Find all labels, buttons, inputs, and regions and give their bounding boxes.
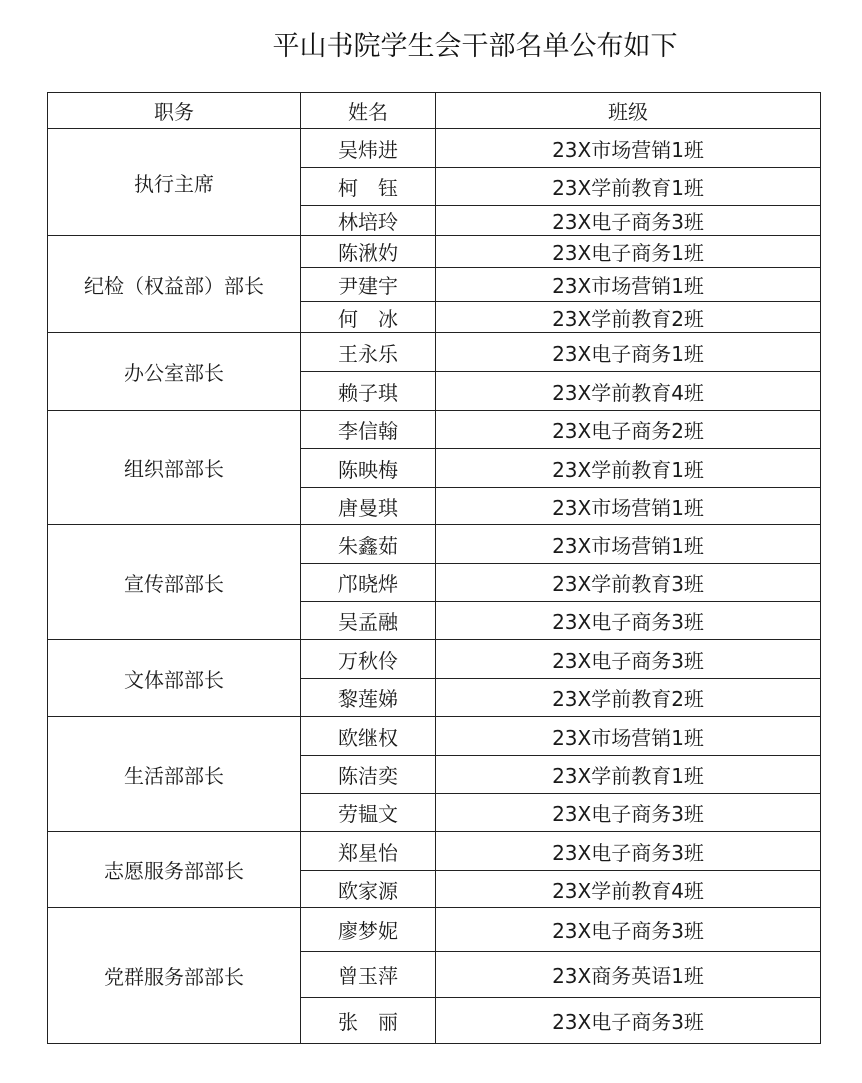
name-cell: 邝晓烨 <box>301 564 436 602</box>
class-cell: 23X电子商务3班 <box>436 908 821 952</box>
class-cell: 23X学前教育2班 <box>436 302 821 333</box>
page-title: 平山书院学生会干部名单公布如下 <box>0 24 862 63</box>
class-cell: 23X电子商务3班 <box>436 998 821 1044</box>
header-role: 职务 <box>48 93 301 129</box>
role-cell: 生活部部长 <box>48 717 301 832</box>
role-cell: 纪检（权益部）部长 <box>48 236 301 333</box>
class-cell: 23X电子商务3班 <box>436 602 821 640</box>
class-cell: 23X学前教育2班 <box>436 679 821 717</box>
table-row: 生活部部长欧继权23X市场营销1班 <box>48 717 821 756</box>
table-row: 志愿服务部部长郑星怡23X电子商务3班 <box>48 832 821 871</box>
name-cell: 劳韫文 <box>301 794 436 832</box>
table-row: 宣传部部长朱鑫茹23X市场营销1班 <box>48 525 821 564</box>
name-cell: 朱鑫茹 <box>301 525 436 564</box>
header-name: 姓名 <box>301 93 436 129</box>
role-cell: 办公室部长 <box>48 333 301 411</box>
table-row: 纪检（权益部）部长陈湫妁23X电子商务1班 <box>48 236 821 268</box>
name-cell: 陈映梅 <box>301 449 436 488</box>
class-cell: 23X商务英语1班 <box>436 952 821 998</box>
role-cell: 志愿服务部部长 <box>48 832 301 908</box>
name-cell: 唐曼琪 <box>301 488 436 525</box>
class-cell: 23X电子商务1班 <box>436 236 821 268</box>
name-cell: 吴炜进 <box>301 129 436 168</box>
class-cell: 23X电子商务3班 <box>436 640 821 679</box>
class-cell: 23X学前教育4班 <box>436 372 821 411</box>
table-header-row: 职务 姓名 班级 <box>48 93 821 129</box>
class-cell: 23X电子商务3班 <box>436 206 821 236</box>
class-cell: 23X市场营销1班 <box>436 268 821 302</box>
class-cell: 23X市场营销1班 <box>436 488 821 525</box>
class-cell: 23X市场营销1班 <box>436 717 821 756</box>
role-cell: 执行主席 <box>48 129 301 236</box>
role-cell: 党群服务部部长 <box>48 908 301 1044</box>
table-row: 党群服务部部长廖梦妮23X电子商务3班 <box>48 908 821 952</box>
name-cell: 廖梦妮 <box>301 908 436 952</box>
name-cell: 陈洁奕 <box>301 756 436 794</box>
class-cell: 23X市场营销1班 <box>436 129 821 168</box>
name-cell: 柯 钰 <box>301 168 436 206</box>
role-cell: 文体部部长 <box>48 640 301 717</box>
table-body: 执行主席吴炜进23X市场营销1班柯 钰23X学前教育1班林培玲23X电子商务3班… <box>48 129 821 1044</box>
table-row: 文体部部长万秋伶23X电子商务3班 <box>48 640 821 679</box>
name-cell: 李信翰 <box>301 411 436 449</box>
name-cell: 张 丽 <box>301 998 436 1044</box>
name-cell: 尹建宇 <box>301 268 436 302</box>
class-cell: 23X市场营销1班 <box>436 525 821 564</box>
roster-table: 职务 姓名 班级 执行主席吴炜进23X市场营销1班柯 钰23X学前教育1班林培玲… <box>47 92 821 1044</box>
name-cell: 黎莲娣 <box>301 679 436 717</box>
name-cell: 曾玉萍 <box>301 952 436 998</box>
class-cell: 23X学前教育3班 <box>436 564 821 602</box>
name-cell: 郑星怡 <box>301 832 436 871</box>
role-cell: 组织部部长 <box>48 411 301 525</box>
name-cell: 何 冰 <box>301 302 436 333</box>
name-cell: 林培玲 <box>301 206 436 236</box>
class-cell: 23X学前教育4班 <box>436 871 821 908</box>
name-cell: 吴孟融 <box>301 602 436 640</box>
class-cell: 23X电子商务3班 <box>436 832 821 871</box>
class-cell: 23X学前教育1班 <box>436 756 821 794</box>
table-row: 执行主席吴炜进23X市场营销1班 <box>48 129 821 168</box>
header-class: 班级 <box>436 93 821 129</box>
name-cell: 万秋伶 <box>301 640 436 679</box>
name-cell: 陈湫妁 <box>301 236 436 268</box>
role-cell: 宣传部部长 <box>48 525 301 640</box>
name-cell: 赖子琪 <box>301 372 436 411</box>
table-row: 办公室部长王永乐23X电子商务1班 <box>48 333 821 372</box>
name-cell: 欧继权 <box>301 717 436 756</box>
class-cell: 23X电子商务2班 <box>436 411 821 449</box>
class-cell: 23X电子商务1班 <box>436 333 821 372</box>
class-cell: 23X学前教育1班 <box>436 168 821 206</box>
name-cell: 王永乐 <box>301 333 436 372</box>
class-cell: 23X学前教育1班 <box>436 449 821 488</box>
table-row: 组织部部长李信翰23X电子商务2班 <box>48 411 821 449</box>
name-cell: 欧家源 <box>301 871 436 908</box>
class-cell: 23X电子商务3班 <box>436 794 821 832</box>
